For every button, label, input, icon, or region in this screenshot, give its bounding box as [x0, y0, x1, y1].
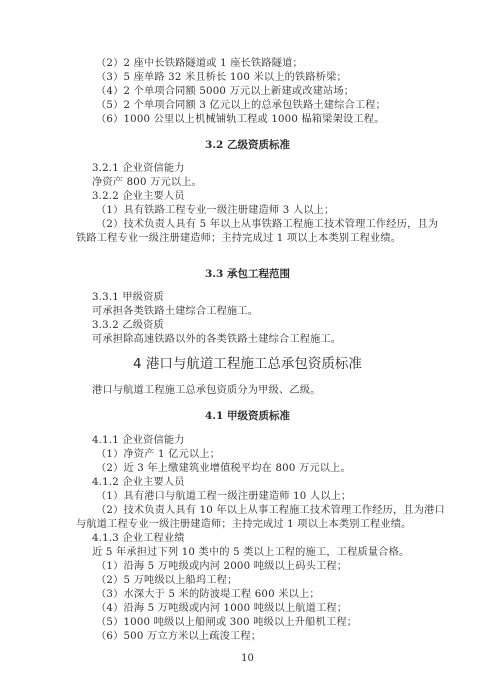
page-number: 10 — [0, 653, 495, 664]
section-heading-3-3: 3.3 承包工程范围 — [0, 267, 495, 281]
paragraph: 可承担除高速铁路以外的各类铁路土建综合工程施工。 — [92, 333, 341, 347]
list-item-continuation: 铁路工程专业一级注册建造师；主持完成过 1 项以上本类别工程业绩。 — [76, 232, 401, 246]
subsection-heading: 3.2.1 企业资信能力 — [92, 162, 185, 176]
subsection-heading: 3.3.1 甲级资质 — [92, 291, 164, 305]
list-item: （1）净资产 1 亿元以上； — [96, 448, 220, 462]
paragraph: 净资产 800 万元以上。 — [92, 176, 202, 190]
list-item: （2）近 3 年上缴建筑业增值税平均在 800 万元以上。 — [96, 462, 351, 476]
list-item: （1）具有港口与航道工程一级注册建造师 10 人以上； — [96, 490, 351, 504]
list-item: （5）1000 吨级以上船闸或 300 吨级以上升船机工程； — [96, 616, 357, 630]
list-item: （3）5 座单路 32 米且桥长 100 米以上的铁路桥梁； — [96, 71, 347, 85]
paragraph: 可承担各类铁路土建综合工程施工。 — [92, 305, 258, 319]
list-item-continuation: 与航道工程专业一级注册建造师；主持完成过 1 项以上本类别工程业绩。 — [76, 518, 412, 532]
list-item: （6）1000 公里以上机械铺轨工程或 1000 榀箱梁架设工程。 — [96, 113, 385, 127]
paragraph: 港口与航道工程施工总承包资质分为甲级、乙级。 — [92, 384, 321, 398]
list-item: （1）具有铁路工程专业一级注册建造师 3 人以上； — [96, 204, 334, 218]
list-item: （2）2 座中长铁路隧道或 1 座长铁路隧道； — [96, 57, 303, 71]
subsection-heading: 4.1.2 企业主要人员 — [92, 476, 185, 490]
subsection-heading: 3.2.2 企业主要人员 — [92, 190, 185, 204]
paragraph: 近 5 年承担过下列 10 类中的 5 类以上工程的施工，工程质量合格。 — [92, 546, 409, 560]
subsection-heading: 3.3.2 乙级资质 — [92, 319, 164, 333]
subsection-heading: 4.1.1 企业资信能力 — [92, 434, 185, 448]
list-item: （3）水深大于 5 米的防波堤工程 600 米以上； — [96, 588, 320, 602]
list-item: （6）500 万立方米以上疏浚工程； — [96, 630, 261, 644]
list-item: （2）技术负责人具有 10 年以上从事工程施工技术管理工作经历，且为港口 — [96, 504, 445, 518]
chapter-heading-4: 4 港口与航道工程施工总承包资质标准 — [0, 355, 495, 373]
section-heading-4-1: 4.1 甲级资质标准 — [0, 409, 495, 423]
list-item: （2）技术负责人具有 5 年以上从事铁路工程施工技术管理工作经历，且为 — [96, 218, 438, 232]
list-item: （4）2 个单项合同额 5000 万元以上新建或改建站场； — [96, 85, 354, 99]
section-heading-3-2: 3.2 乙级资质标准 — [0, 138, 495, 152]
subsection-heading: 4.1.3 企业工程业绩 — [92, 532, 185, 546]
list-item: （2）5 万吨级以上船坞工程； — [96, 574, 237, 588]
list-item: （5）2 个单项合同额 3 亿元以上的总承包铁路土建综合工程； — [96, 99, 386, 113]
list-item: （4）沿海 5 万吨级或内河 1000 吨级以上航道工程； — [96, 602, 347, 616]
list-item: （1）沿海 5 万吨级或内河 2000 吨级以上码头工程； — [96, 560, 347, 574]
